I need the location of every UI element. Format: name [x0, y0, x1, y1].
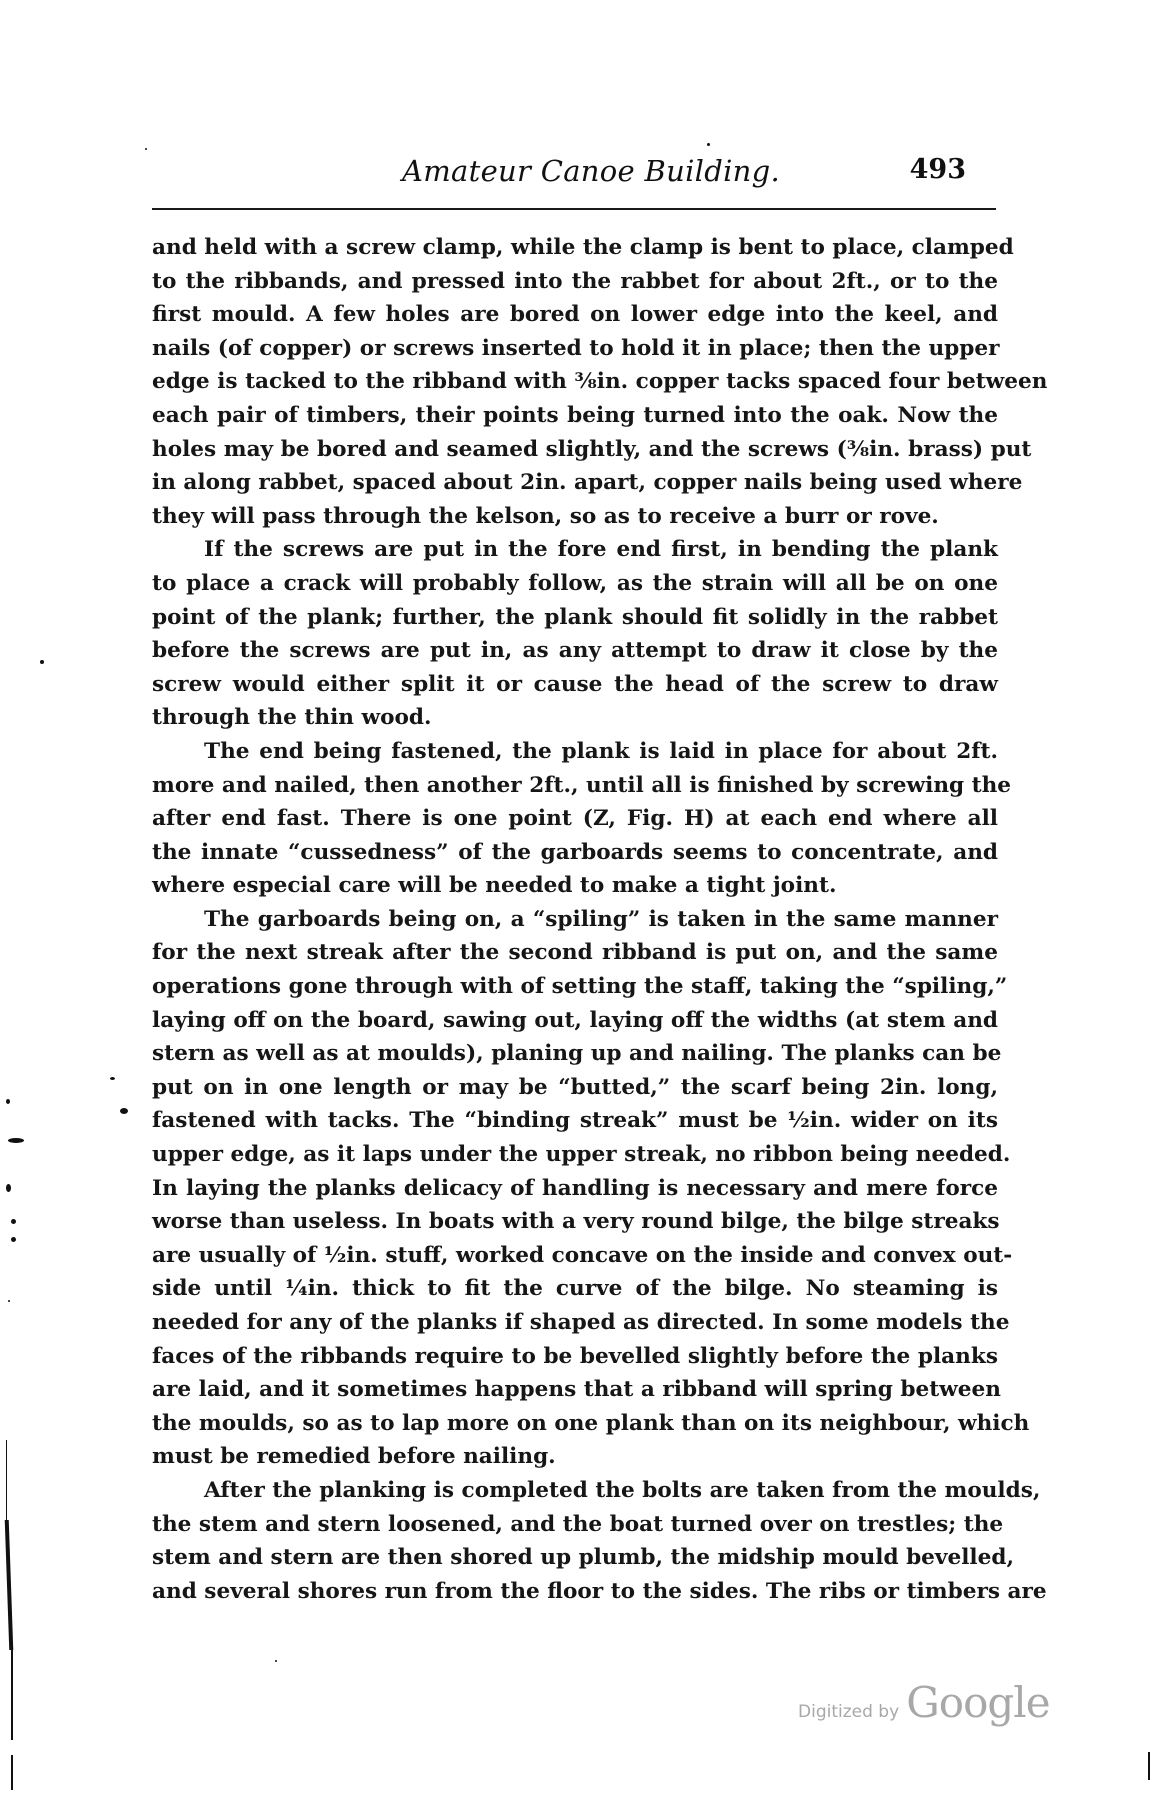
scan-margin-line [6, 1440, 7, 1520]
scan-speck [6, 1184, 11, 1192]
text-line: worse than useless. In boats with a very… [152, 1205, 998, 1239]
scan-speck [8, 1138, 24, 1143]
text-line: first mould. A few holes are bored on lo… [152, 298, 998, 332]
text-line: must be remedied before nailing. [152, 1440, 998, 1474]
text-line: edge is tacked to the ribband with ⅜in. … [152, 365, 998, 399]
scan-speck [145, 148, 147, 150]
text-line: more and nailed, then another 2ft., unti… [152, 769, 998, 803]
text-line: the moulds, so as to lap more on one pla… [152, 1407, 998, 1441]
text-line: the innate “cussedness” of the garboards… [152, 836, 998, 870]
text-line: holes may be bored and seamed slightly, … [152, 433, 998, 467]
text-line: The end being fastened, the plank is lai… [152, 735, 998, 769]
text-line: fastened with tacks. The “binding streak… [152, 1104, 998, 1138]
watermark-brand-logo: Google [906, 1678, 1049, 1727]
text-line: where especial care will be needed to ma… [152, 869, 998, 903]
scan-margin-line [1148, 1752, 1150, 1780]
text-line: operations gone through with of setting … [152, 970, 998, 1004]
watermark-prefix: Digitized by [798, 1702, 899, 1722]
scan-speck [6, 1099, 10, 1104]
text-line: the stem and stern loosened, and the boa… [152, 1508, 998, 1542]
text-line: after end fast. There is one point (Z, F… [152, 802, 998, 836]
text-line: they will pass through the kelson, so as… [152, 500, 998, 534]
scan-speck [40, 660, 44, 664]
text-line: In laying the planks delicacy of handlin… [152, 1172, 998, 1206]
running-title: Amateur Canoe Building. [402, 154, 780, 188]
text-line: put on in one length or may be “butted,”… [152, 1071, 998, 1105]
text-line: are laid, and it sometimes happens that … [152, 1373, 998, 1407]
text-line: nails (of copper) or screws inserted to … [152, 332, 998, 366]
book-page: Amateur Canoe Building. 493 and held wit… [0, 0, 1153, 1800]
text-line: The garboards being on, a “spiling” is t… [152, 903, 998, 937]
body-text: and held with a screw clamp, while the c… [152, 231, 998, 1608]
text-line: faces of the ribbands require to be beve… [152, 1340, 998, 1374]
text-line: and several shores run from the floor to… [152, 1575, 998, 1609]
text-line: to place a crack will probably follow, a… [152, 567, 998, 601]
text-line: side until ¼in. thick to fit the curve o… [152, 1272, 998, 1306]
header-rule [152, 208, 996, 210]
text-line: in along rabbet, spaced about 2in. apart… [152, 466, 998, 500]
text-line: point of the plank; further, the plank s… [152, 601, 998, 635]
text-line: are usually of ½in. stuff, worked concav… [152, 1239, 998, 1273]
text-line: upper edge, as it laps under the upper s… [152, 1138, 998, 1172]
text-line: through the thin wood. [152, 701, 998, 735]
scan-speck [11, 1219, 16, 1224]
scan-margin-line [11, 1650, 13, 1740]
text-line: screw would either split it or cause the… [152, 668, 998, 702]
scan-margin-line [5, 1520, 14, 1650]
text-line: stem and stern are then shored up plumb,… [152, 1541, 998, 1575]
scan-speck [11, 1237, 16, 1242]
digitized-by-watermark: Digitized by Google [798, 1678, 1050, 1727]
text-line: After the planking is completed the bolt… [152, 1474, 998, 1508]
running-head: Amateur Canoe Building. 493 [152, 154, 998, 194]
text-line: each pair of timbers, their points being… [152, 399, 998, 433]
scan-speck [120, 1108, 128, 1114]
text-line: for the next streak after the second rib… [152, 936, 998, 970]
text-line: to the ribbands, and pressed into the ra… [152, 265, 998, 299]
scan-speck [8, 1300, 10, 1302]
text-line: laying off on the board, sawing out, lay… [152, 1004, 998, 1038]
text-line: before the screws are put in, as any att… [152, 634, 998, 668]
scan-speck [110, 1077, 115, 1080]
text-line: and held with a screw clamp, while the c… [152, 231, 998, 265]
scan-speck [707, 143, 710, 146]
scan-speck [275, 1660, 277, 1662]
text-line: needed for any of the planks if shaped a… [152, 1306, 998, 1340]
scan-margin-line [11, 1755, 13, 1790]
text-line: If the screws are put in the fore end fi… [152, 533, 998, 567]
page-number: 493 [910, 154, 966, 185]
text-line: stern as well as at moulds), planing up … [152, 1037, 998, 1071]
